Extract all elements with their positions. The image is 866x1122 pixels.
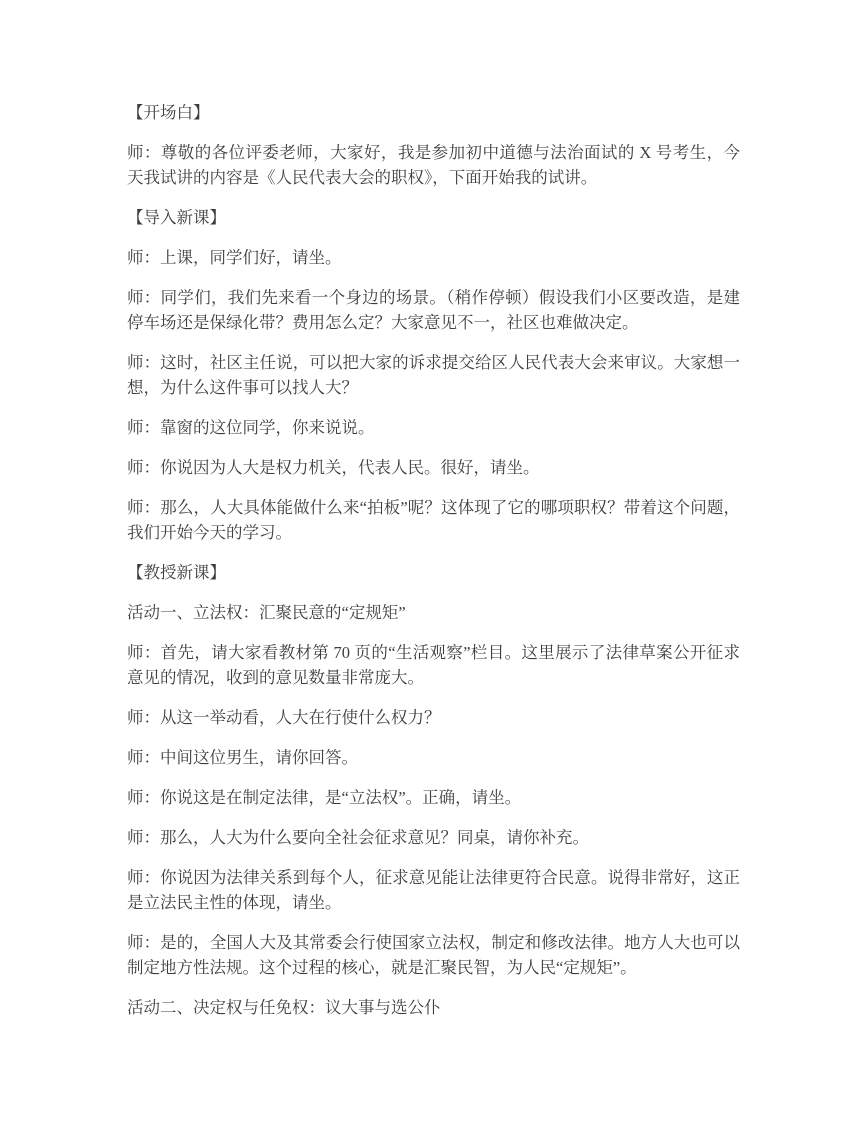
activity-two-heading: 活动二、决定权与任免权：议大事与选公仆 [127, 995, 740, 1020]
dialogue-paragraph: 师：从这一举动看，人大在行使什么权力？ [127, 705, 740, 730]
document-body: 【开场白】 师：尊敬的各位评委老师，大家好，我是参加初中道德与法治面试的 X 号… [127, 100, 740, 1020]
dialogue-paragraph: 师：上课，同学们好，请坐。 [127, 245, 740, 270]
dialogue-paragraph: 师：首先，请大家看教材第 70 页的“生活观察”栏目。这里展示了法律草案公开征求… [127, 640, 740, 690]
dialogue-paragraph: 师：那么，人大为什么要向全社会征求意见？同桌，请你补充。 [127, 825, 740, 850]
activity-one-heading: 活动一、立法权：汇聚民意的“定规矩” [127, 600, 740, 625]
dialogue-paragraph: 师：你说这是在制定法律，是“立法权”。正确，请坐。 [127, 785, 740, 810]
dialogue-paragraph: 师：这时，社区主任说，可以把大家的诉求提交给区人民代表大会来审议。大家想一想，为… [127, 350, 740, 400]
section-heading-lead-in: 【导入新课】 [127, 205, 740, 230]
dialogue-paragraph: 师：是的，全国人大及其常委会行使国家立法权，制定和修改法律。地方人大也可以制定地… [127, 930, 740, 980]
dialogue-paragraph: 师：同学们，我们先来看一个身边的场景。（稍作停顿）假设我们小区要改造，是建停车场… [127, 285, 740, 335]
dialogue-paragraph: 师：靠窗的这位同学，你来说说。 [127, 415, 740, 440]
dialogue-paragraph: 师：中间这位男生，请你回答。 [127, 745, 740, 770]
document-page: 【开场白】 师：尊敬的各位评委老师，大家好，我是参加初中道德与法治面试的 X 号… [0, 0, 866, 1122]
dialogue-paragraph: 师：那么，人大具体能做什么来“拍板”呢？这体现了它的哪项职权？带着这个问题，我们… [127, 495, 740, 545]
section-heading-opening: 【开场白】 [127, 100, 740, 125]
dialogue-paragraph: 师：你说因为法律关系到每个人，征求意见能让法律更符合民意。说得非常好，这正是立法… [127, 865, 740, 915]
section-heading-new-lesson: 【教授新课】 [127, 560, 740, 585]
dialogue-paragraph: 师：尊敬的各位评委老师，大家好，我是参加初中道德与法治面试的 X 号考生，今天我… [127, 140, 740, 190]
dialogue-paragraph: 师：你说因为人大是权力机关，代表人民。很好，请坐。 [127, 455, 740, 480]
